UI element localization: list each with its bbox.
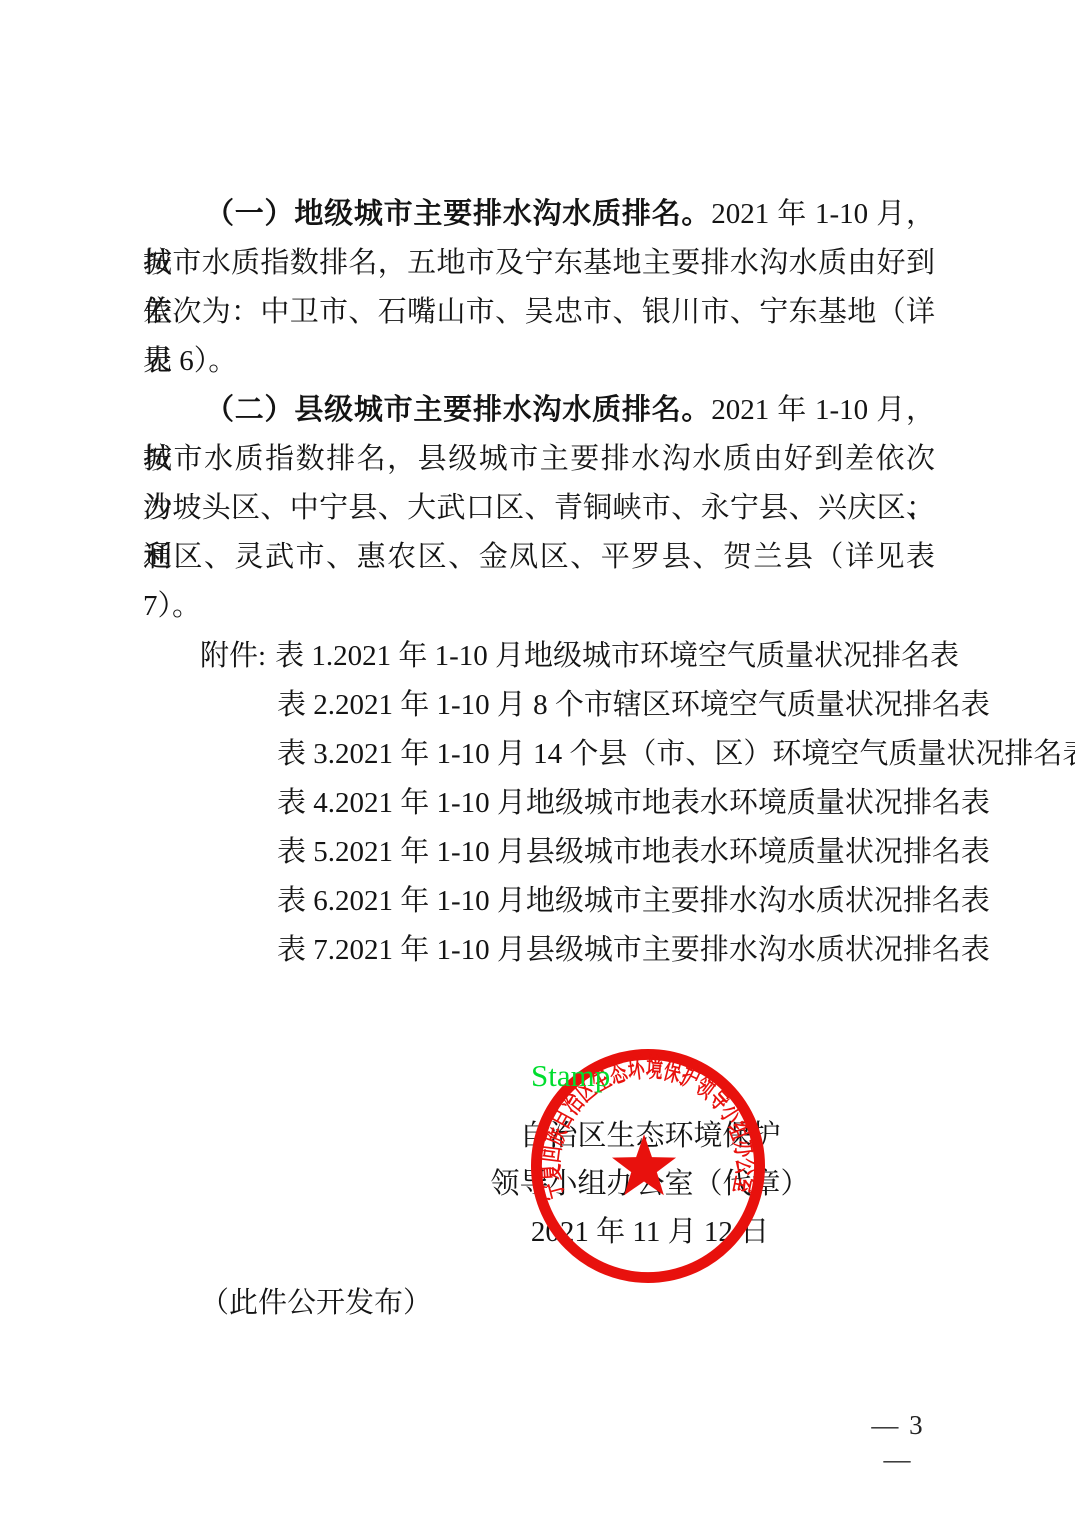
stamp-annotation-label: Stamp (531, 1058, 610, 1094)
paragraph-heading: （一）地级城市主要排水沟水质排名。 (205, 198, 711, 230)
paragraph-line: 依次为：中卫市、石嘴山市、吴忠市、银川市、宁东基地（详见 (143, 288, 935, 337)
public-release-note: （此件公开发布） (200, 1283, 432, 1323)
star-icon (612, 1134, 676, 1195)
attachment-label: 附件: (200, 640, 266, 672)
paragraph-line: 沙坡头区、中宁县、大武口区、青铜峡市、永宁县、兴庆区、利 (143, 484, 935, 533)
attachment-item: 表 1.2021 年 1-10 月地级城市环境空气质量状况排名表 (275, 640, 959, 672)
page-number: — 3 — (853, 1408, 943, 1476)
attachment-item: 表 2.2021 年 1-10 月 8 个市辖区环境空气质量状况排名表 (277, 681, 940, 730)
attachment-item: 表 5.2021 年 1-10 月县级城市地表水环境质量状况排名表 (277, 828, 940, 877)
attachment-row: 附件:表 1.2021 年 1-10 月地级城市环境空气质量状况排名表 (200, 632, 940, 681)
paragraph-line: 通区、灵武市、惠农区、金凤区、平罗县、贺兰县（详见表 7）。 (143, 533, 935, 582)
paragraph-line: （二）县级城市主要排水沟水质排名。2021 年 1-10 月，按 (143, 386, 935, 435)
paragraph-county-drainage-ranking: （二）县级城市主要排水沟水质排名。2021 年 1-10 月，按 城市水质指数排… (143, 386, 935, 582)
paragraph-prefecture-drainage-ranking: （一）地级城市主要排水沟水质排名。2021 年 1-10 月，按 城市水质指数排… (143, 190, 935, 386)
attachment-item: 表 7.2021 年 1-10 月县级城市主要排水沟水质状况排名表 (277, 926, 940, 975)
attachment-item: 表 4.2021 年 1-10 月地级城市地表水环境质量状况排名表 (277, 779, 940, 828)
attachment-list: 附件:表 1.2021 年 1-10 月地级城市环境空气质量状况排名表 表 2.… (200, 632, 940, 975)
paragraph-heading: （二）县级城市主要排水沟水质排名。 (205, 394, 711, 426)
attachment-item: 表 6.2021 年 1-10 月地级城市主要排水沟水质状况排名表 (277, 877, 940, 926)
document-page: （一）地级城市主要排水沟水质排名。2021 年 1-10 月，按 城市水质指数排… (0, 0, 1075, 1520)
paragraph-line: 表 6）。 (143, 337, 935, 386)
paragraph-line: 城市水质指数排名，五地市及宁东基地主要排水沟水质由好到差 (143, 239, 935, 288)
attachment-item: 表 3.2021 年 1-10 月 14 个县（市、区）环境空气质量状况排名表 (277, 730, 940, 779)
paragraph-line: 城市水质指数排名，县级城市主要排水沟水质由好到差依次为： (143, 435, 935, 484)
paragraph-line: （一）地级城市主要排水沟水质排名。2021 年 1-10 月，按 (143, 190, 935, 239)
